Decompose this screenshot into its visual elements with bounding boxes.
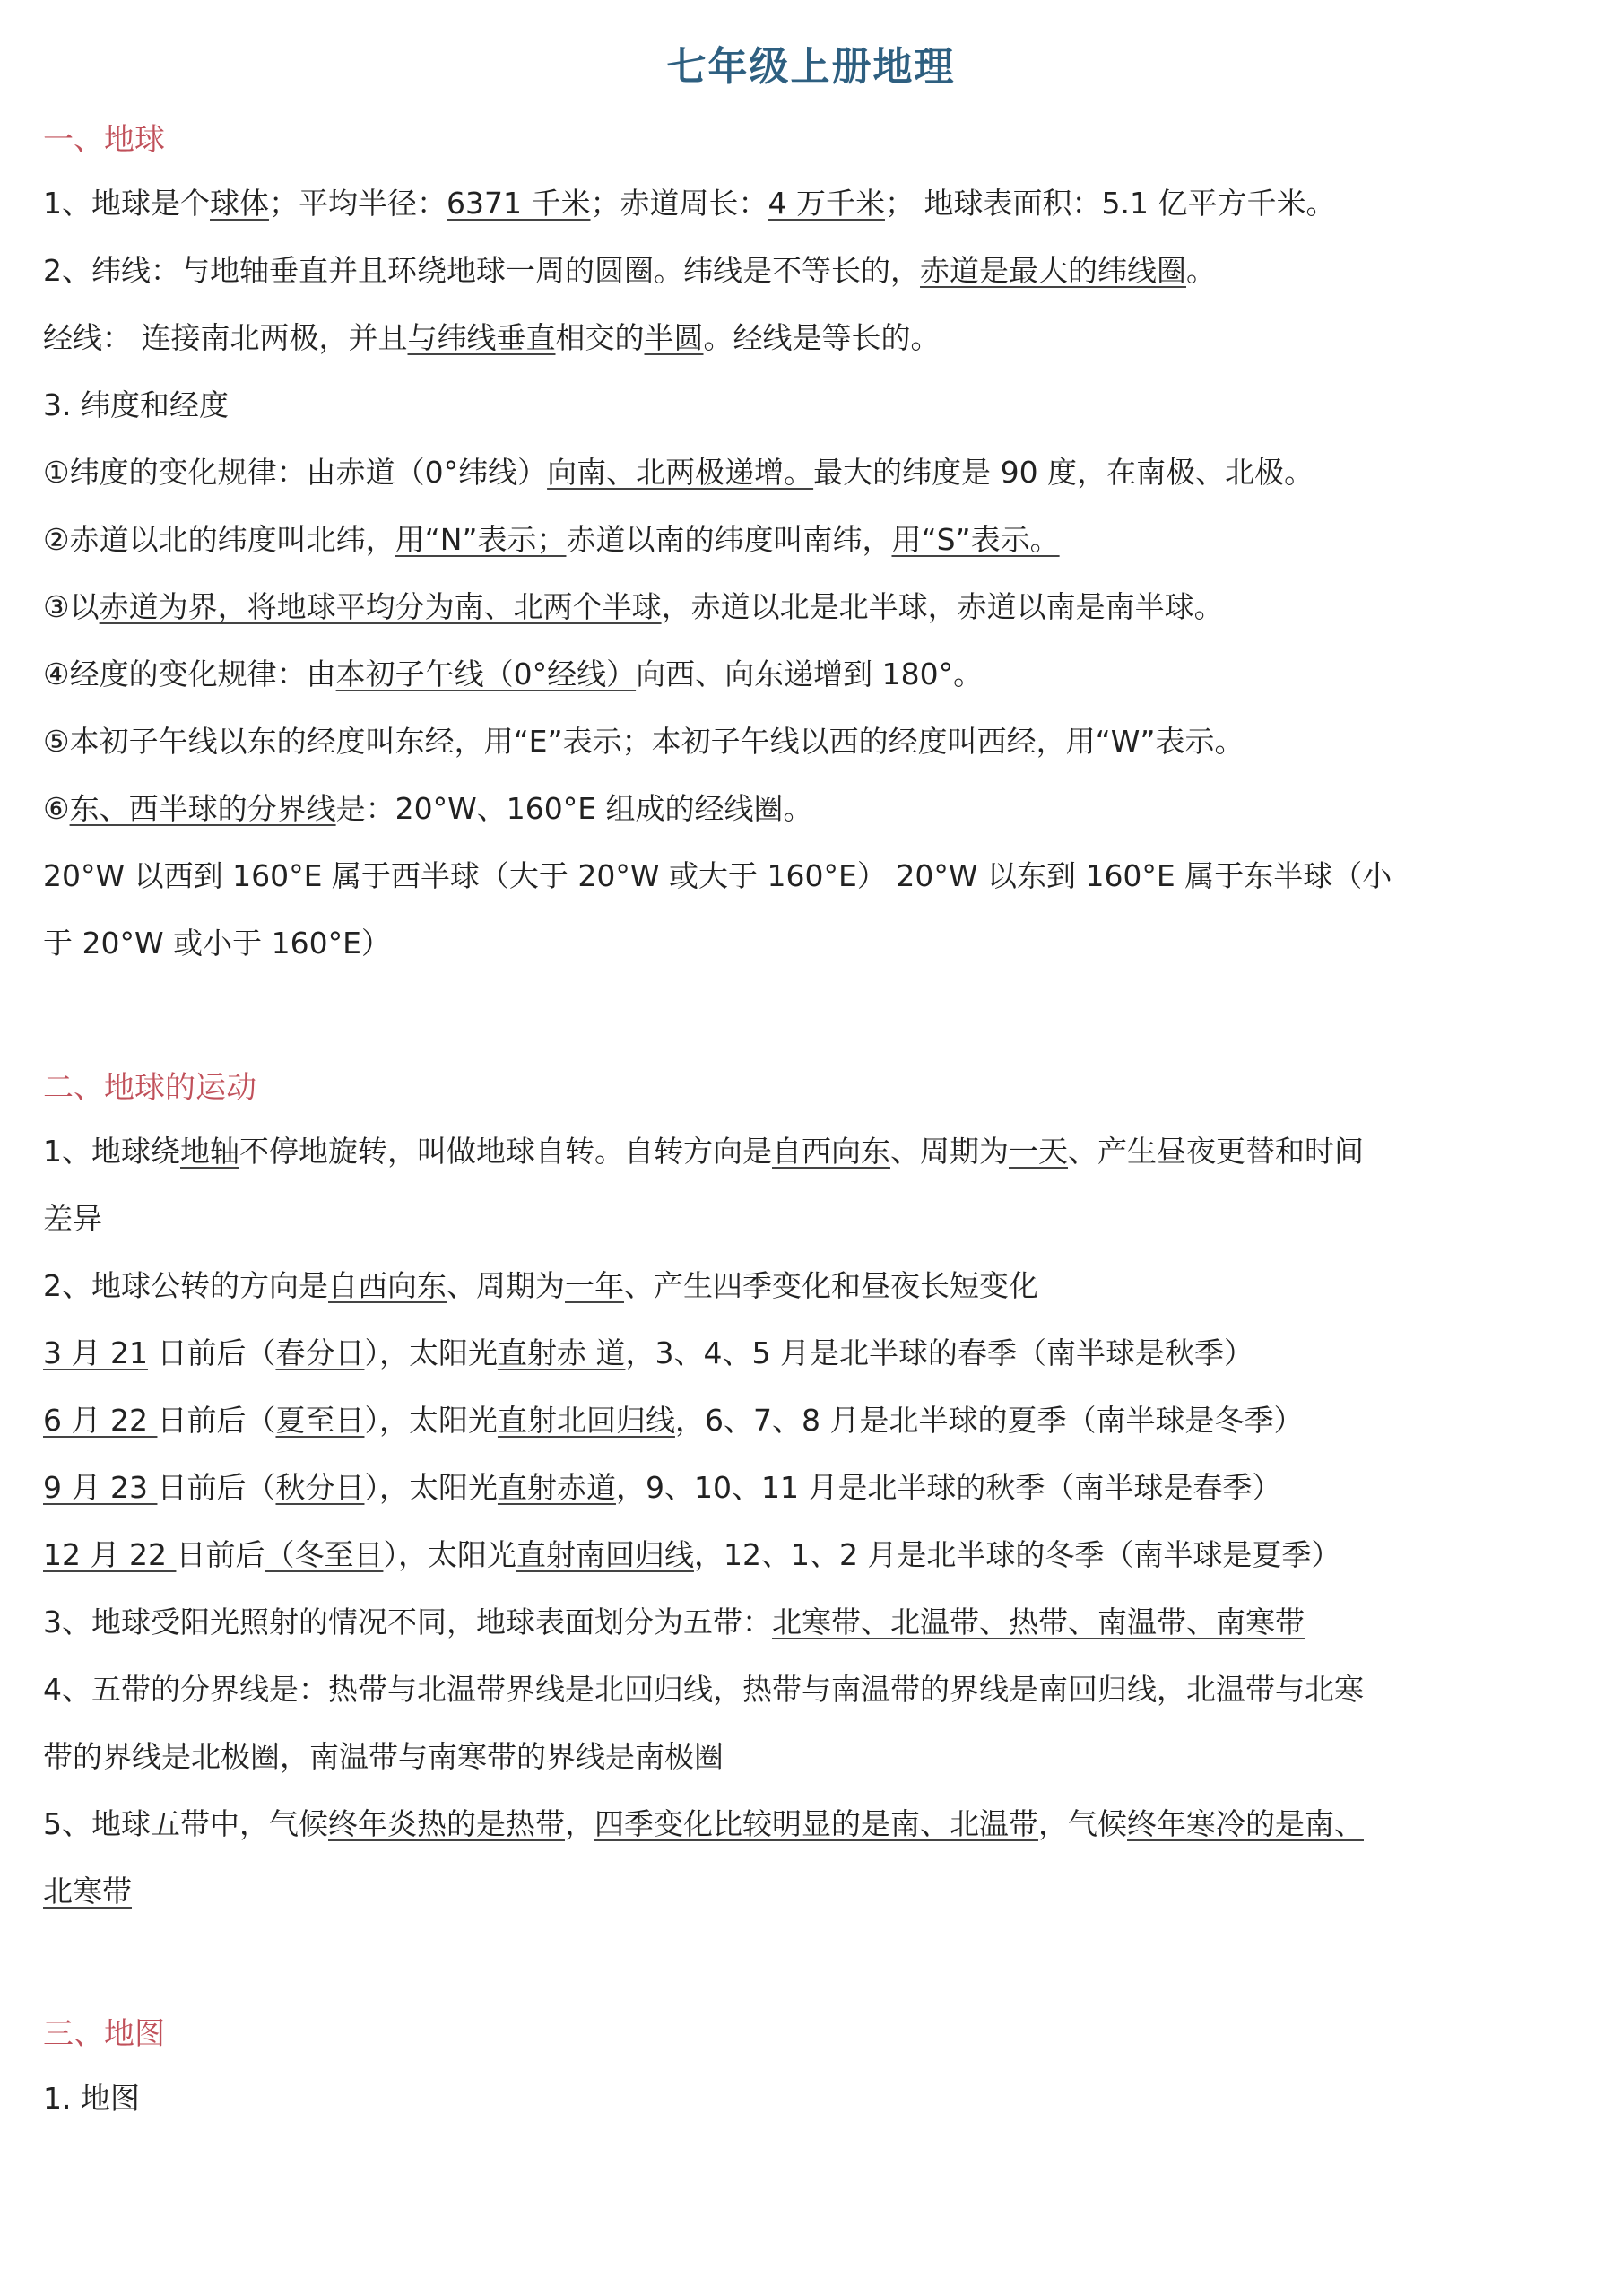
underlined-key-term: 赤道为界，将地球平均分为南、北两个半球 [100, 589, 662, 624]
underlined-key-term: 用“N”表示； [395, 522, 567, 557]
text-segment: 、周期为 [447, 1268, 565, 1303]
text-segment: ④经度的变化规律：由 [43, 657, 336, 691]
text-line: ③以赤道为界，将地球平均分为南、北两个半球，赤道以北是北半球，赤道以南是南半球。 [43, 587, 1604, 627]
underlined-key-term: 终年炎热的是热带 [328, 1806, 565, 1841]
underlined-key-term: 赤道是最大的纬线圈 [920, 253, 1186, 288]
text-line: 4、五带的分界线是：热带与北温带界线是北回归线，热带与南温带的界线是南回归线，北… [43, 1670, 1604, 1709]
underlined-key-term: 夏至日 [275, 1403, 364, 1438]
text-segment: 1、地球是个 [43, 186, 210, 221]
underlined-key-term: 半圆 [645, 320, 704, 355]
text-segment: ，12、1、2 月是北半球的冬季（南半球是夏季） [694, 1537, 1340, 1572]
page-title: 七年级上册地理 [0, 34, 1622, 91]
underlined-key-term: 终年寒冷的是南、 [1127, 1806, 1364, 1841]
underlined-key-term: 向南、北两极递增。 [547, 455, 813, 490]
text-line: 3 月 21 日前后（春分日），太阳光直射赤 道，3、4、5 月是北半球的春季（… [43, 1334, 1604, 1373]
text-segment: 向西、向东递增到 180°。 [636, 657, 983, 691]
text-line: 带的界线是北极圈，南温带与南寒带的界线是南极圈 [43, 1737, 1604, 1777]
underlined-key-term: 春分日 [275, 1335, 364, 1370]
text-line: 2、纬线：与地轴垂直并且环绕地球一周的圆圈。纬线是不等长的，赤道是最大的纬线圈。 [43, 251, 1604, 291]
text-segment: 、产生昼夜更替和时间 [1068, 1134, 1364, 1169]
text-line: 1、地球是个球体；平均半径：6371 千米；赤道周长：4 万千米； 地球表面积：… [43, 184, 1604, 223]
text-line: ⑥东、西半球的分界线是：20°W、160°E 组成的经线圈。 [43, 789, 1604, 829]
text-segment: ），太阳光 [383, 1537, 516, 1572]
underlined-key-term: 12 月 22 [43, 1537, 176, 1572]
text-segment: ，6、7、8 月是北半球的夏季（南半球是冬季） [675, 1403, 1303, 1438]
text-segment: 日前后 [176, 1537, 265, 1572]
text-segment: ，气候 [1038, 1806, 1127, 1841]
text-segment: ，9、10、11 月是北半球的秋季（南半球是春季） [616, 1470, 1281, 1505]
text-segment: 不停地旋转，叫做地球自转。自转方向是 [239, 1134, 772, 1169]
text-segment: ③以 [43, 589, 100, 624]
text-segment: 2、地球公转的方向是 [43, 1268, 328, 1303]
text-line: ②赤道以北的纬度叫北纬，用“N”表示；赤道以南的纬度叫南纬，用“S”表示。 [43, 520, 1604, 560]
underlined-key-term: 与纬线垂直 [408, 320, 556, 355]
underlined-key-term: 直射南回归线 [516, 1537, 694, 1572]
text-segment: 5、地球五带中，气候 [43, 1806, 328, 1841]
text-segment: ⑤本初子午线以东的经度叫东经，用“E”表示；本初子午线以西的经度叫西经，用“W”… [43, 724, 1244, 759]
text-segment: 3. 纬度和经度 [43, 387, 229, 422]
text-segment: 于 20°W 或小于 160°E） [43, 926, 391, 961]
text-line: 3. 纬度和经度 [43, 386, 1604, 425]
underlined-key-term: 直射赤 道 [498, 1335, 626, 1370]
text-segment: ②赤道以北的纬度叫北纬， [43, 522, 395, 557]
underlined-key-term: （冬至日 [265, 1537, 383, 1572]
text-segment: ⑥ [43, 791, 70, 826]
text-segment: 20°W 以西到 160°E 属于西半球（大于 20°W 或大于 160°E） … [43, 858, 1392, 893]
text-line: 经线： 连接南北两极，并且与纬线垂直相交的半圆。经线是等长的。 [43, 318, 1604, 358]
underlined-key-term: 北寒带 [43, 1874, 132, 1909]
text-segment: 。经线是等长的。 [704, 320, 941, 355]
text-line: 2、地球公转的方向是自西向东、周期为一年、产生四季变化和昼夜长短变化 [43, 1266, 1604, 1306]
underlined-key-term: 用“S”表示。 [891, 522, 1059, 557]
text-line: 12 月 22 日前后（冬至日），太阳光直射南回归线，12、1、2 月是北半球的… [43, 1535, 1604, 1575]
text-line: 1、地球绕地轴不停地旋转，叫做地球自转。自转方向是自西向东、周期为一天、产生昼夜… [43, 1132, 1604, 1171]
text-line: 6 月 22 日前后（夏至日），太阳光直射北回归线，6、7、8 月是北半球的夏季… [43, 1401, 1604, 1440]
underlined-key-term: 6 月 22 [43, 1403, 157, 1438]
text-segment: 。 [1186, 253, 1216, 288]
underlined-key-term: 四季变化比较明显的是南、北温带 [594, 1806, 1038, 1841]
underlined-key-term: 直射赤道 [498, 1470, 616, 1505]
text-line: 9 月 23 日前后（秋分日），太阳光直射赤道，9、10、11 月是北半球的秋季… [43, 1468, 1604, 1508]
text-segment: ①纬度的变化规律：由赤道（0°纬线） [43, 455, 547, 490]
underlined-key-term: 9 月 23 [43, 1470, 157, 1505]
text-segment: ），太阳光 [364, 1403, 498, 1438]
text-segment: 4、五带的分界线是：热带与北温带界线是北回归线，热带与南温带的界线是南回归线，北… [43, 1672, 1364, 1707]
text-line: 20°W 以西到 160°E 属于西半球（大于 20°W 或大于 160°E） … [43, 857, 1604, 896]
section-heading: 三、地图 [43, 2009, 165, 2053]
text-segment: ，赤道以北是北半球，赤道以南是南半球。 [662, 589, 1224, 624]
text-line: 5、地球五带中，气候终年炎热的是热带，四季变化比较明显的是南、北温带，气候终年寒… [43, 1805, 1604, 1844]
text-segment: ，3、4、5 月是北半球的春季（南半球是秋季） [625, 1335, 1253, 1370]
text-segment: 带的界线是北极圈，南温带与南寒带的界线是南极圈 [43, 1739, 724, 1774]
underlined-key-term: 地轴 [180, 1134, 239, 1169]
text-segment: 1. 地图 [43, 2081, 140, 2116]
text-segment: 2、纬线：与地轴垂直并且环绕地球一周的圆圈。纬线是不等长的， [43, 253, 920, 288]
text-segment: 是：20°W、160°E 组成的经线圈。 [336, 791, 813, 826]
text-segment: ；赤道周长： [590, 186, 768, 221]
text-segment: 3、地球受阳光照射的情况不同，地球表面划分为五带： [43, 1605, 772, 1639]
text-segment: 赤道以南的纬度叫南纬， [566, 522, 891, 557]
underlined-key-term: 6371 千米 [447, 186, 590, 221]
text-segment: 相交的 [556, 320, 645, 355]
text-segment: 、周期为 [890, 1134, 1009, 1169]
text-line: 1. 地图 [43, 2079, 1604, 2118]
underlined-key-term: 北寒带、北温带、热带、南温带、南寒带 [772, 1605, 1305, 1639]
text-segment: ； 地球表面积：5.1 亿平方千米。 [885, 186, 1335, 221]
underlined-key-term: 球体 [210, 186, 269, 221]
underlined-key-term: 直射北回归线 [498, 1403, 675, 1438]
text-segment: 日前后（ [157, 1403, 275, 1438]
text-segment: 1、地球绕 [43, 1134, 180, 1169]
underlined-key-term: 东、西半球的分界线 [70, 791, 336, 826]
text-segment: 日前后（ [157, 1470, 275, 1505]
underlined-key-term: 秋分日 [275, 1470, 364, 1505]
section-heading: 一、地球 [43, 115, 165, 159]
text-segment: ），太阳光 [364, 1470, 498, 1505]
section-heading: 二、地球的运动 [43, 1063, 256, 1107]
text-line: 差异 [43, 1199, 1604, 1239]
text-segment: ， [565, 1806, 594, 1841]
text-segment: 经线： 连接南北两极，并且 [43, 320, 408, 355]
text-line: 于 20°W 或小于 160°E） [43, 924, 1604, 963]
underlined-key-term: 自西向东 [772, 1134, 890, 1169]
underlined-key-term: 3 月 21 [43, 1335, 148, 1370]
underlined-key-term: 本初子午线（0°经线） [336, 657, 637, 691]
text-line: 3、地球受阳光照射的情况不同，地球表面划分为五带：北寒带、北温带、热带、南温带、… [43, 1603, 1604, 1642]
text-line: ①纬度的变化规律：由赤道（0°纬线）向南、北两极递增。最大的纬度是 90 度，在… [43, 453, 1604, 492]
text-segment: ），太阳光 [364, 1335, 498, 1370]
text-segment: 、产生四季变化和昼夜长短变化 [624, 1268, 1038, 1303]
underlined-key-term: 一天 [1009, 1134, 1068, 1169]
text-segment: 最大的纬度是 90 度，在南极、北极。 [813, 455, 1314, 490]
text-segment: 日前后（ [148, 1335, 276, 1370]
underlined-key-term: 一年 [565, 1268, 624, 1303]
text-segment: 差异 [43, 1201, 102, 1236]
text-segment: ；平均半径： [269, 186, 447, 221]
underlined-key-term: 4 万千米 [768, 186, 885, 221]
text-line: 北寒带 [43, 1872, 1604, 1911]
text-line: ④经度的变化规律：由本初子午线（0°经线）向西、向东递增到 180°。 [43, 655, 1604, 694]
underlined-key-term: 自西向东 [328, 1268, 447, 1303]
text-line: ⑤本初子午线以东的经度叫东经，用“E”表示；本初子午线以西的经度叫西经，用“W”… [43, 722, 1604, 761]
